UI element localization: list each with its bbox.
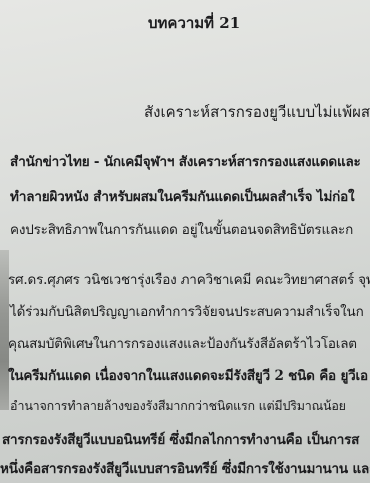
paragraph2-line-4: ในครีมกันแดด เนื่องจากในแสงแดดจะมีรังสีย…: [8, 364, 368, 386]
article-number-heading: บทความที่ 21: [148, 11, 240, 35]
document-page: บทความที่ 21 สังเคราะห์สารกรองยูวีแบบไม่…: [0, 0, 370, 483]
paragraph1-line-2: ทำลายผิวหนัง สำหรับผสมในครีมกันแดดเป็นผล…: [10, 185, 354, 207]
paragraph2-line-7: หนึ่งคือสารกรองรังสียูวีแบบสารอินทรีย์ ซ…: [0, 457, 370, 479]
paragraph2-line-1: รศ.ดร.ศุภศร วนิชเวชารุ่งเรือง ภาควิชาเคม…: [8, 268, 370, 290]
paragraph2-line-5: อำนาจการทำลายล้างของรังสีมากกว่าชนิดแรก …: [10, 396, 346, 416]
paragraph1-line-3: คงประสิทธิภาพในการกันแดด อยู่ในขั้นตอนจด…: [10, 218, 353, 240]
paragraph2-line-2: ได้ร่วมกับนิสิตปริญญาเอกทำการวิจัยจนประส…: [10, 300, 364, 322]
article-headline: สังเคราะห์สารกรองยูวีแบบไม่แพ้ผสมในค: [144, 100, 370, 124]
paragraph2-line-6: สารกรองรังสียูวีแบบอนินทรีย์ ซึ่งมีกลไกก…: [2, 428, 359, 450]
paragraph1-line-1: สำนักข่าวไทย - นักเคมีจุฬาฯ สังเคราะห์สา…: [10, 150, 361, 172]
paragraph2-line-3: คุณสมบัติพิเศษในการกรองแสงและป้องกันรังส…: [8, 332, 357, 354]
